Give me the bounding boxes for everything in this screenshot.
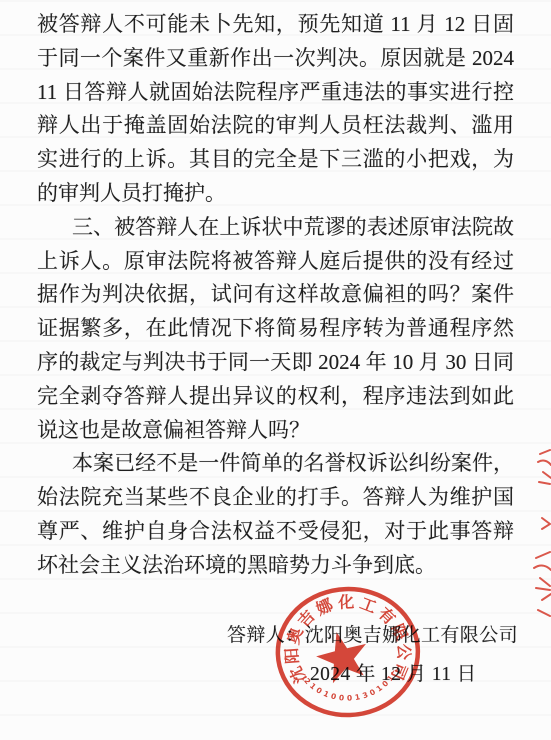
document-date: 2024 年 12 月 11 日 bbox=[310, 658, 477, 686]
seal-glyph: 0 bbox=[330, 691, 337, 701]
document-line: 说这也是故意偏袒答辩人吗？ bbox=[37, 414, 514, 448]
seal-glyph: 工 bbox=[357, 595, 378, 617]
document-line: 始法院充当某些不良企业的打手。答辩人为维护国家法律的 bbox=[37, 481, 514, 515]
seal-glyph: 沈 bbox=[287, 663, 310, 685]
seal-glyph: 3 bbox=[361, 690, 369, 700]
company-seal-svg: 沈阳奥吉娜化工有限公司 2101000130101 bbox=[268, 581, 431, 730]
seal-glyph: 1 bbox=[322, 689, 330, 699]
document-line-paragraph-start: 本案已经不是一件简单的名誉权诉讼纠纷案件，而是固 bbox=[37, 447, 514, 481]
document-line: 据作为判决依据，试问有这样故意偏袒的吗？案件争议大、 bbox=[37, 278, 514, 312]
respondent-signature: 答辩人：沈阳奥吉娜化工有限公司 bbox=[227, 620, 518, 647]
document-line: 实进行的上诉。其目的完全是下三滥的小把戏，为原审法院 bbox=[37, 143, 514, 177]
document-line: 11 日答辩人就固始法院程序严重违法的事实进行控告，被答 bbox=[37, 76, 514, 110]
seal-ring bbox=[276, 587, 420, 718]
document-line: 尊严、维护自身合法权益不受侵犯，对于此事答辩人将与破 bbox=[37, 515, 514, 549]
seal-glyph: 娜 bbox=[312, 595, 335, 619]
seal-glyph: 0 bbox=[314, 685, 323, 695]
document-line: 被答辩人不可能未卜先知，预先知道 11 月 12 日固始法院对 bbox=[37, 8, 514, 42]
scanned-document-page: 被答辩人不可能未卜先知，预先知道 11 月 12 日固始法院对 于同一个案件又重… bbox=[0, 0, 551, 740]
seal-glyph: 0 bbox=[347, 693, 353, 702]
company-seal: 沈阳奥吉娜化工有限公司 2101000130101 bbox=[268, 581, 431, 730]
document-line: 于同一个案件又重新作出一次判决。原因就是 2024 年 11 月 bbox=[37, 42, 514, 76]
document-line: 序的裁定与判决书于同一天即 2024 年 10 月 30 日同时送达， bbox=[37, 346, 514, 380]
document-line: 证据繁多，在此情况下将简易程序转为普通程序然而变更程 bbox=[37, 312, 514, 346]
seal-glyph: 0 bbox=[368, 687, 377, 697]
document-line-paragraph-start: 三、被答辩人在上诉状中荒谬的表述原审法院故意偏袒 bbox=[37, 211, 514, 245]
seal-glyph: 0 bbox=[338, 693, 344, 703]
seal-glyph: 阳 bbox=[282, 647, 302, 664]
document-body: 被答辩人不可能未卜先知，预先知道 11 月 12 日固始法院对 于同一个案件又重… bbox=[37, 8, 514, 583]
cross-page-seal-fragment bbox=[528, 446, 551, 626]
seal-glyph: 1 bbox=[354, 692, 361, 702]
document-line: 完全剥夺答辩人提出异议的权利，程序违法到如此程度难道 bbox=[37, 380, 514, 414]
document-line: 的审判人员打掩护。 bbox=[37, 177, 514, 211]
document-line: 辩人出于掩盖固始法院的审判人员枉法裁判、滥用职权的事 bbox=[37, 109, 514, 143]
document-line: 坏社会主义法治环境的黑暗势力斗争到底。 bbox=[37, 549, 514, 583]
seal-glyph: 化 bbox=[337, 592, 355, 612]
document-line: 上诉人。原审法院将被答辩人庭后提供的没有经过质证的证 bbox=[37, 245, 514, 279]
